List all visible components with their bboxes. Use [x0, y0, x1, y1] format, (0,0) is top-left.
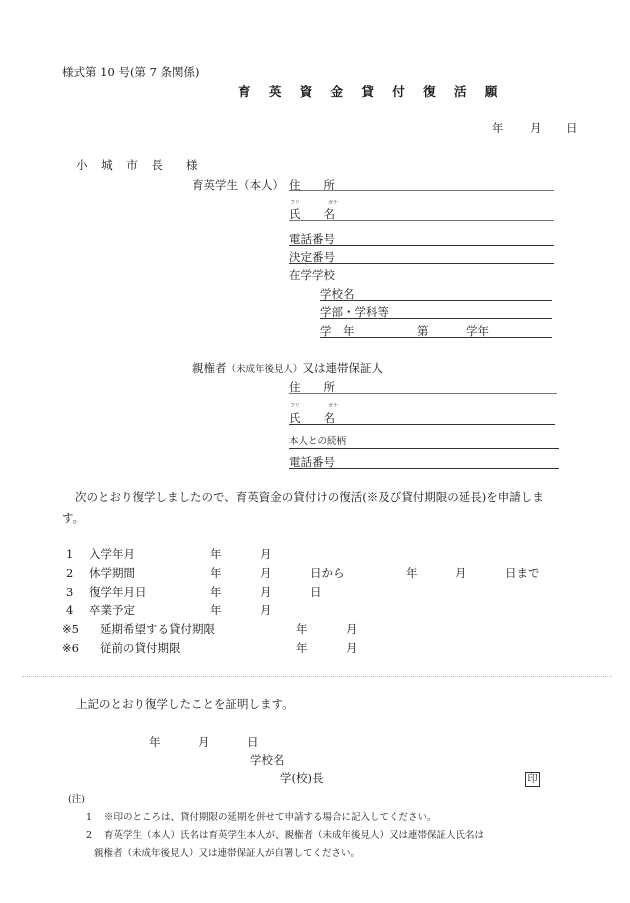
student-decision-label: 決定番号 — [289, 252, 335, 264]
request-text-line1: 次のとおり復学しましたので、育英資金の貸付けの復活(※及び貸付期限の延長)を申請… — [75, 492, 544, 504]
item-label: 延期希望する貸付期限 — [100, 624, 215, 636]
page-title: 育 英 資 金 貸 付 復 活 願 — [238, 86, 504, 99]
student-decision-field[interactable] — [289, 263, 554, 264]
guardian-label-c: 又は連帯保証人 — [303, 361, 384, 375]
school-name-label: 学校名 — [320, 289, 355, 301]
item-label: 復学年月日 — [89, 587, 147, 599]
faculty-label: 学部・学科等 — [320, 307, 389, 319]
addressee-name: 小 城 市 長 — [76, 160, 168, 172]
item-num: 3 — [66, 587, 73, 599]
school-heading: 在学学校 — [289, 270, 335, 282]
item-num: ※5 — [62, 624, 79, 636]
item-year: 年 — [210, 549, 222, 561]
grade-label: 学 年 — [320, 326, 355, 338]
school-name-field[interactable] — [320, 300, 552, 301]
seal-box: 印 — [525, 772, 540, 787]
student-name-label: 氏 名 — [289, 209, 335, 221]
student-phone-field[interactable] — [289, 245, 554, 246]
guardian-relation-field[interactable] — [289, 448, 559, 449]
note-1: ※印のところは、貸付期限の延期を併せて申請する場合に記入してください。 — [104, 813, 437, 823]
item-month-to: 月 — [455, 568, 467, 580]
note-2-line1: 育英学生（本人）氏名は育英学生本人が、親権者（未成年後見人）又は連帯保証人氏名は — [104, 831, 484, 841]
guardian-label-a: 親権者 — [192, 361, 227, 375]
faculty-field[interactable] — [320, 318, 552, 319]
grade-ordinal: 第 — [417, 326, 429, 338]
item-year: 年 — [210, 568, 222, 580]
furigana-left: フリ — [290, 201, 300, 206]
item-num: 1 — [66, 549, 73, 561]
item-month: 月 — [260, 605, 272, 617]
item-month: 月 — [260, 568, 272, 580]
student-name-field[interactable] — [289, 220, 554, 221]
item-month: 月 — [260, 587, 272, 599]
item-month: 月 — [346, 624, 358, 636]
item-year-to: 年 — [406, 568, 418, 580]
cert-month: 月 — [198, 737, 210, 749]
section-divider — [22, 676, 612, 677]
note-1-num: 1 — [86, 813, 92, 823]
grade-suffix: 学年 — [466, 326, 489, 338]
form-number: 様式第 10 号(第 7 条関係) — [62, 67, 200, 79]
notes-heading: (注) — [68, 795, 85, 805]
item-month: 月 — [346, 643, 358, 655]
note-2-num: 2 — [86, 831, 92, 841]
cert-day: 日 — [247, 737, 259, 749]
item-day-to: 日まで — [505, 568, 540, 580]
item-label: 従前の貸付期限 — [100, 643, 181, 655]
item-month: 月 — [260, 549, 272, 561]
guardian-name-label: 氏 名 — [289, 413, 335, 425]
student-section-label: 育英学生（本人） — [192, 180, 284, 192]
item-year: 年 — [210, 605, 222, 617]
guardian-phone-field[interactable] — [289, 468, 559, 469]
guardian-phone-label: 電話番号 — [289, 457, 335, 469]
item-year: 年 — [296, 643, 308, 655]
item-year: 年 — [210, 587, 222, 599]
guardian-furigana-left: フリ — [290, 404, 300, 409]
item-label: 入学年月 — [89, 549, 135, 561]
date-year: 年 — [492, 123, 504, 135]
guardian-relation-label: 本人との続柄 — [289, 437, 346, 447]
date-month: 月 — [530, 123, 542, 135]
addressee-honorific: 様 — [186, 160, 198, 172]
certification-text: 上記のとおり復学したことを証明します。 — [76, 699, 294, 711]
guardian-address-label: 住 所 — [289, 382, 335, 394]
cert-year: 年 — [149, 737, 161, 749]
item-day-from: 日から — [310, 568, 345, 580]
student-address-field[interactable] — [289, 190, 554, 191]
note-2-line2: 親権者（未成年後見人）又は連帯保証人が自署してください。 — [94, 849, 360, 859]
item-num: ※6 — [62, 643, 79, 655]
date-day: 日 — [566, 123, 578, 135]
cert-principal-label: 学(校)長 — [280, 773, 323, 785]
guardian-address-field[interactable] — [289, 393, 557, 394]
furigana-right: ガナ — [328, 201, 338, 206]
item-num: 2 — [66, 568, 73, 580]
item-num: 4 — [66, 605, 73, 617]
guardian-label-b: （未成年後見人） — [227, 364, 303, 375]
item-day: 日 — [310, 587, 322, 599]
request-text-line2: す。 — [62, 513, 84, 525]
cert-school-name-label: 学校名 — [250, 755, 285, 767]
guardian-furigana-right: ガナ — [328, 404, 338, 409]
student-phone-label: 電話番号 — [289, 234, 335, 246]
item-label: 休学期間 — [89, 568, 135, 580]
item-year: 年 — [296, 624, 308, 636]
guardian-name-field[interactable] — [289, 424, 555, 425]
item-label: 卒業予定 — [89, 605, 135, 617]
guardian-section-label: 親権者（未成年後見人）又は連帯保証人 — [192, 363, 383, 375]
grade-field[interactable] — [320, 337, 552, 338]
